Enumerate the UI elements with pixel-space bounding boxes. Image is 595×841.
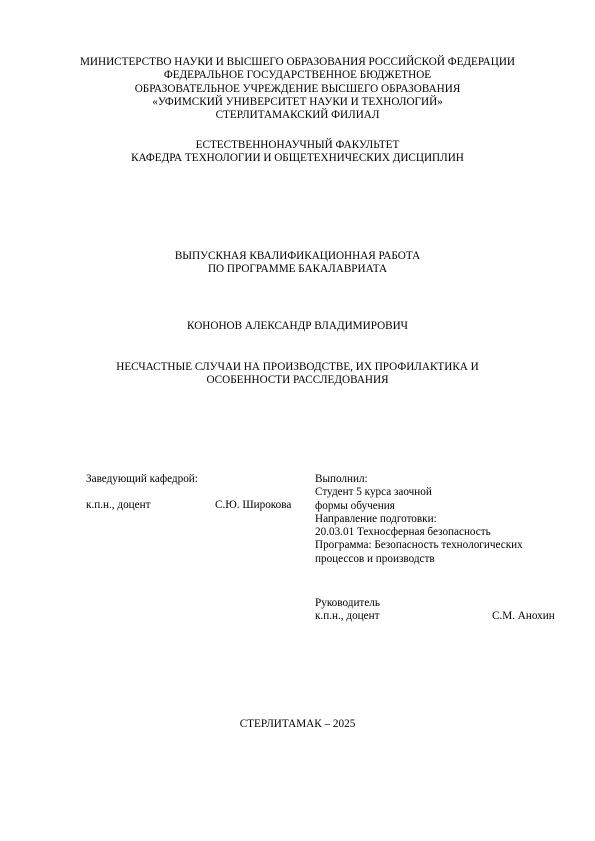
ministry-header: МИНИСТЕРСТВО НАУКИ И ВЫСШЕГО ОБРАЗОВАНИЯ… (0, 56, 595, 122)
faculty-block: ЕСТЕСТВЕННОНАУЧНЫЙ ФАКУЛЬТЕТ КАФЕДРА ТЕХ… (0, 139, 595, 166)
head-of-department-degree: к.п.н., доцент (86, 499, 151, 512)
work-type-line: ВЫПУСКНАЯ КВАЛИФИКАЦИОННАЯ РАБОТА (0, 250, 595, 263)
performer-study-form: формы обучения (315, 500, 523, 513)
work-type: ВЫПУСКНАЯ КВАЛИФИКАЦИОННАЯ РАБОТА ПО ПРО… (0, 250, 595, 277)
performer-course: Студент 5 курса заочной (315, 486, 523, 499)
supervisor-degree: к.п.н., доцент (315, 610, 380, 623)
direction-label: Направление подготовки: (315, 513, 523, 526)
header-line: МИНИСТЕРСТВО НАУКИ И ВЫСШЕГО ОБРАЗОВАНИЯ… (0, 56, 595, 69)
header-line: ФЕДЕРАЛЬНОЕ ГОСУДАРСТВЕННОЕ БЮДЖЕТНОЕ (0, 69, 595, 82)
header-line: «УФИМСКИЙ УНИВЕРСИТЕТ НАУКИ И ТЕХНОЛОГИЙ… (0, 96, 595, 109)
work-type-line: ПО ПРОГРАММЕ БАКАЛАВРИАТА (0, 263, 595, 276)
header-line: СТЕРЛИТАМАКСКИЙ ФИЛИАЛ (0, 109, 595, 122)
program-value: процессов и производств (315, 553, 523, 566)
head-of-department-label: Заведующий кафедрой: (86, 473, 198, 486)
author-name: КОНОНОВ АЛЕКСАНДР ВЛАДИМИРОВИЧ (0, 320, 595, 333)
performer-label: Выполнил: (315, 473, 523, 486)
performer-block: Выполнил: Студент 5 курса заочной формы … (315, 473, 523, 566)
department-line: КАФЕДРА ТЕХНОЛОГИИ И ОБЩЕТЕХНИЧЕСКИХ ДИС… (0, 152, 595, 165)
supervisor-name: С.М. Анохин (492, 610, 555, 623)
program-label: Программа: Безопасность технологических (315, 539, 523, 552)
supervisor-label: Руководитель (315, 597, 380, 610)
title-line: ОСОБЕННОСТИ РАССЛЕДОВАНИЯ (0, 374, 595, 387)
title-line: НЕСЧАСТНЫЕ СЛУЧАИ НА ПРОИЗВОДСТВЕ, ИХ ПР… (0, 361, 595, 374)
city-year: СТЕРЛИТАМАК – 2025 (0, 718, 595, 731)
header-line: ОБРАЗОВАТЕЛЬНОЕ УЧРЕЖДЕНИЕ ВЫСШЕГО ОБРАЗ… (0, 83, 595, 96)
thesis-title: НЕСЧАСТНЫЕ СЛУЧАИ НА ПРОИЗВОДСТВЕ, ИХ ПР… (0, 361, 595, 388)
direction-value: 20.03.01 Техносферная безопасность (315, 526, 523, 539)
faculty-line: ЕСТЕСТВЕННОНАУЧНЫЙ ФАКУЛЬТЕТ (0, 139, 595, 152)
head-of-department-name: С.Ю. Широкова (215, 499, 291, 512)
